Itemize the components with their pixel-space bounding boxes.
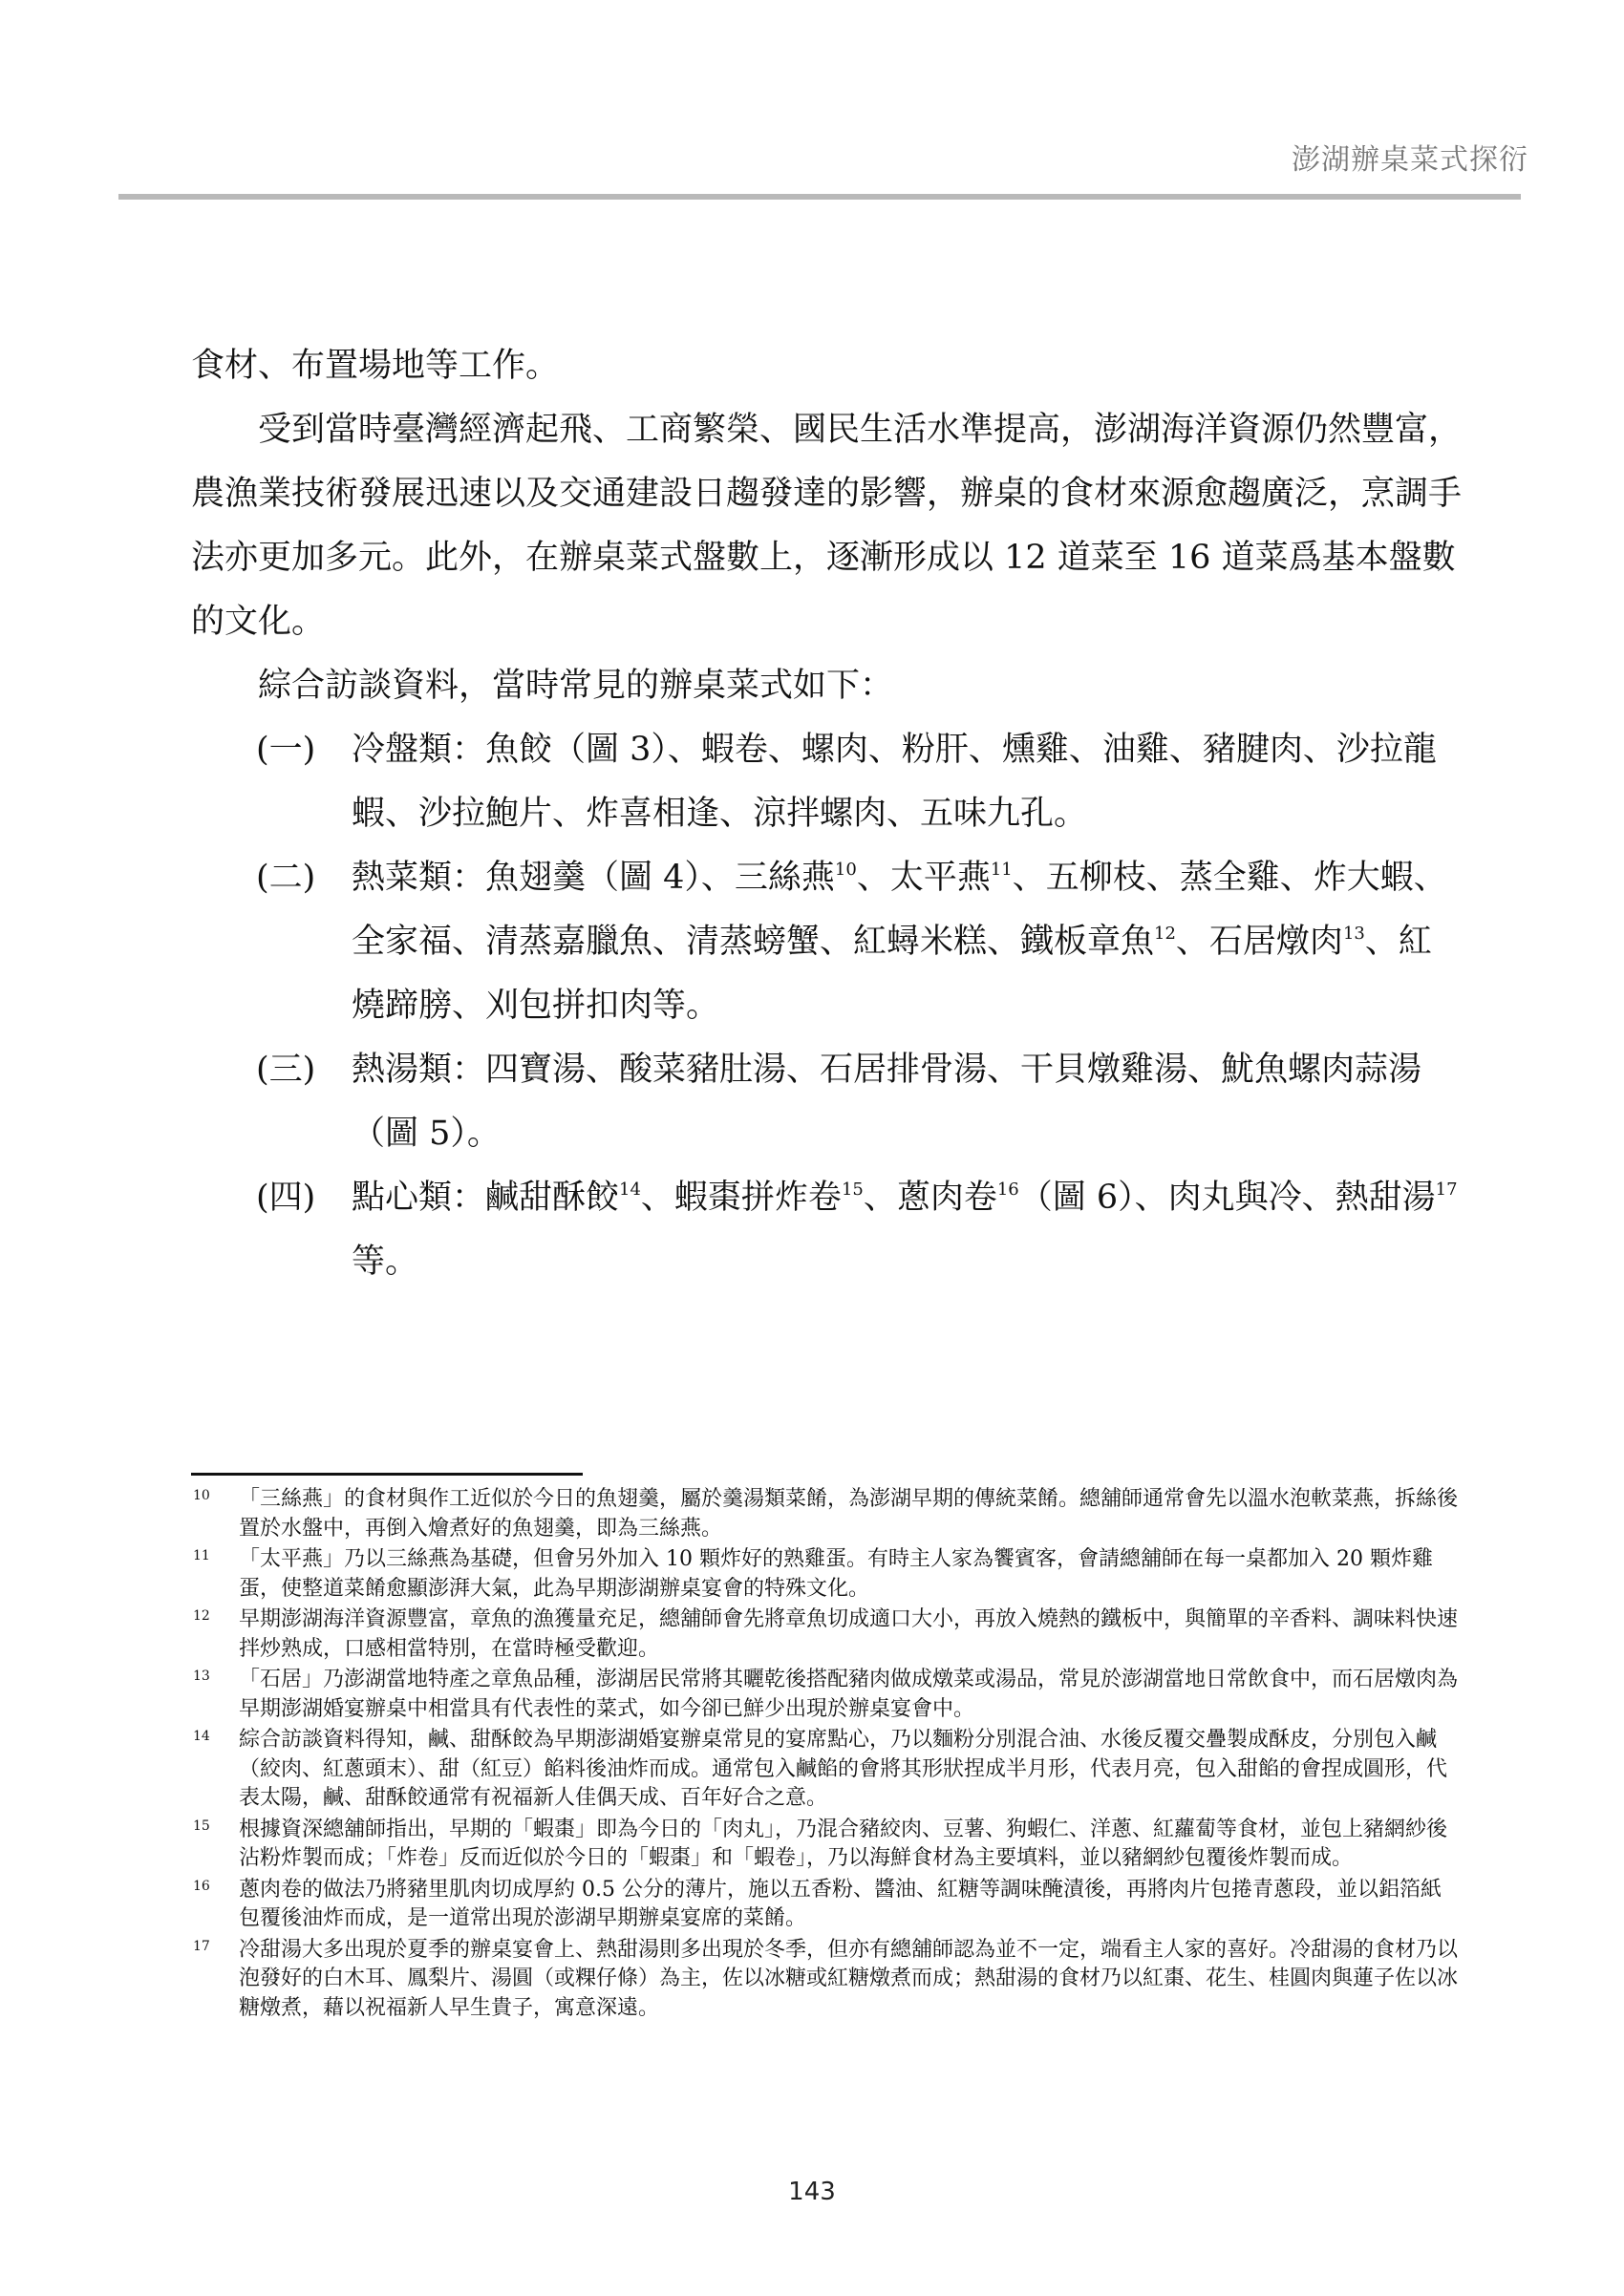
footnote-ref[interactable]: 10 xyxy=(835,860,857,880)
footnote-16: 16蔥肉卷的做法乃將豬里肌肉切成厚約 0.5 公分的薄片，施以五香粉、醬油、紅糖… xyxy=(191,1876,1462,1934)
footnote-14: 14綜合訪談資料得知，鹹、甜酥餃為早期澎湖婚宴辦桌常見的宴席點心，乃以麵粉分別混… xyxy=(191,1726,1462,1814)
list-text-segment: 冷盤類：魚餃（圖 3）、蝦卷、螺肉、粉肝、燻雞、油雞、豬腱肉、沙拉龍蝦、沙拉鮑片… xyxy=(352,731,1437,833)
footnote-text: 根據資深總舖師指出，早期的「蝦棗」即為今日的「肉丸」，乃混合豬絞肉、豆薯、狗蝦仁… xyxy=(239,1816,1462,1874)
footnote-12: 12早期澎湖海洋資源豐富，章魚的漁獲量充足，總舖師會先將章魚切成適口大小，再放入… xyxy=(191,1605,1462,1664)
footnote-number: 17 xyxy=(191,1936,239,2024)
list-text-segment: 、石居燉肉 xyxy=(1176,923,1343,961)
footnote-number: 15 xyxy=(191,1816,239,1874)
list-item-hot-dishes: (二) 熱菜類：魚翅羹（圖 4）、三絲燕10、太平燕11、五柳枝、蒸全雞、炸大蝦… xyxy=(191,846,1462,1038)
list-text-segment: （圖 6）、肉丸與冷、熱甜湯 xyxy=(1019,1179,1436,1217)
footnote-text: 綜合訪談資料得知，鹹、甜酥餃為早期澎湖婚宴辦桌常見的宴席點心，乃以麵粉分別混合油… xyxy=(239,1726,1462,1814)
footnote-ref[interactable]: 16 xyxy=(997,1180,1019,1200)
footnote-text: 蔥肉卷的做法乃將豬里肌肉切成厚約 0.5 公分的薄片，施以五香粉、醬油、紅糖等調… xyxy=(239,1876,1462,1934)
list-text: 熱菜類：魚翅羹（圖 4）、三絲燕10、太平燕11、五柳枝、蒸全雞、炸大蝦、全家福… xyxy=(332,846,1462,1038)
footnote-ref[interactable]: 13 xyxy=(1343,924,1365,944)
list-text-segment: 、蝦棗拼炸卷 xyxy=(641,1179,842,1217)
paragraph-continuation: 食材、布置場地等工作。 xyxy=(191,334,1462,398)
footnotes: 10「三絲燕」的食材與作工近似於今日的魚翅羹，屬於羹湯類菜餚，為澎湖早期的傳統菜… xyxy=(191,1485,1462,2025)
footnote-text: 「三絲燕」的食材與作工近似於今日的魚翅羹，屬於羹湯類菜餚，為澎湖早期的傳統菜餚。… xyxy=(239,1485,1462,1543)
footnote-number: 16 xyxy=(191,1876,239,1934)
footnote-number: 14 xyxy=(191,1726,239,1814)
list-number: (一) xyxy=(191,718,332,846)
list-item-cold-dishes: (一) 冷盤類：魚餃（圖 3）、蝦卷、螺肉、粉肝、燻雞、油雞、豬腱肉、沙拉龍蝦、… xyxy=(191,718,1462,846)
footnote-number: 12 xyxy=(191,1605,239,1664)
footnote-number: 11 xyxy=(191,1545,239,1604)
footnote-10: 10「三絲燕」的食材與作工近似於今日的魚翅羹，屬於羹湯類菜餚，為澎湖早期的傳統菜… xyxy=(191,1485,1462,1543)
footnote-ref[interactable]: 15 xyxy=(842,1180,864,1200)
list-text-segment: 、蔥肉卷 xyxy=(864,1179,997,1217)
list-text: 熱湯類：四寶湯、酸菜豬肚湯、石居排骨湯、干貝燉雞湯、魷魚螺肉蒜湯（圖 5）。 xyxy=(332,1038,1462,1166)
footnote-13: 13「石居」乃澎湖當地特產之章魚品種，澎湖居民常將其曬乾後搭配豬肉做成燉菜或湯品… xyxy=(191,1666,1462,1724)
footnote-text: 冷甜湯大多出現於夏季的辦桌宴會上、熱甜湯則多出現於冬季，但亦有總舖師認為並不一定… xyxy=(239,1936,1462,2024)
list-text: 點心類：鹹甜酥餃14、蝦棗拼炸卷15、蔥肉卷16（圖 6）、肉丸與冷、熱甜湯17… xyxy=(332,1166,1462,1294)
footnote-11: 11「太平燕」乃以三絲燕為基礎，但會另外加入 10 顆炸好的熟雞蛋。有時主人家為… xyxy=(191,1545,1462,1604)
list-text-segment: 熱湯類：四寶湯、酸菜豬肚湯、石居排骨湯、干貝燉雞湯、魷魚螺肉蒜湯（圖 5）。 xyxy=(352,1051,1421,1153)
footnote-15: 15根據資深總舖師指出，早期的「蝦棗」即為今日的「肉丸」，乃混合豬絞肉、豆薯、狗… xyxy=(191,1816,1462,1874)
list-number: (四) xyxy=(191,1166,332,1294)
footnote-text: 「石居」乃澎湖當地特產之章魚品種，澎湖居民常將其曬乾後搭配豬肉做成燉菜或湯品，常… xyxy=(239,1666,1462,1724)
list-text: 冷盤類：魚餃（圖 3）、蝦卷、螺肉、粉肝、燻雞、油雞、豬腱肉、沙拉龍蝦、沙拉鮑片… xyxy=(332,718,1462,846)
paragraph-intro-list: 綜合訪談資料，當時常見的辦桌菜式如下： xyxy=(191,654,1462,718)
footnote-text: 「太平燕」乃以三絲燕為基礎，但會另外加入 10 顆炸好的熟雞蛋。有時主人家為饗賓… xyxy=(239,1545,1462,1604)
footnote-ref[interactable]: 17 xyxy=(1436,1180,1458,1200)
list-text-segment: 點心類：鹹甜酥餃 xyxy=(352,1179,619,1217)
footnote-ref[interactable]: 12 xyxy=(1154,924,1176,944)
running-header-title: 澎湖辦桌菜式探衍 xyxy=(1292,136,1528,178)
paragraph-economy: 受到當時臺灣經濟起飛、工商繁榮、國民生活水準提高，澎湖海洋資源仍然豐富，農漁業技… xyxy=(191,398,1462,654)
footnote-ref[interactable]: 14 xyxy=(619,1180,641,1200)
list-number: (三) xyxy=(191,1038,332,1166)
list-text-segment: 等。 xyxy=(352,1243,418,1281)
footnote-ref[interactable]: 11 xyxy=(991,860,1013,880)
footnote-text: 早期澎湖海洋資源豐富，章魚的漁獲量充足，總舖師會先將章魚切成適口大小，再放入燒熱… xyxy=(239,1605,1462,1664)
list-item-hot-soups: (三) 熱湯類：四寶湯、酸菜豬肚湯、石居排骨湯、干貝燉雞湯、魷魚螺肉蒜湯（圖 5… xyxy=(191,1038,1462,1166)
list-text-segment: 熱菜類：魚翅羹（圖 4）、三絲燕 xyxy=(352,859,835,897)
footnote-number: 13 xyxy=(191,1666,239,1724)
footnote-17: 17冷甜湯大多出現於夏季的辦桌宴會上、熱甜湯則多出現於冬季，但亦有總舖師認為並不… xyxy=(191,1936,1462,2024)
page-number: 143 xyxy=(0,2178,1624,2206)
body-text: 食材、布置場地等工作。 受到當時臺灣經濟起飛、工商繁榮、國民生活水準提高，澎湖海… xyxy=(191,334,1462,1294)
list-number: (二) xyxy=(191,846,332,1038)
list-item-desserts: (四) 點心類：鹹甜酥餃14、蝦棗拼炸卷15、蔥肉卷16（圖 6）、肉丸與冷、熱… xyxy=(191,1166,1462,1294)
list-text-segment: 、太平燕 xyxy=(857,859,991,897)
footnote-separator xyxy=(191,1473,583,1476)
footnote-number: 10 xyxy=(191,1485,239,1543)
header-rule xyxy=(118,194,1521,200)
